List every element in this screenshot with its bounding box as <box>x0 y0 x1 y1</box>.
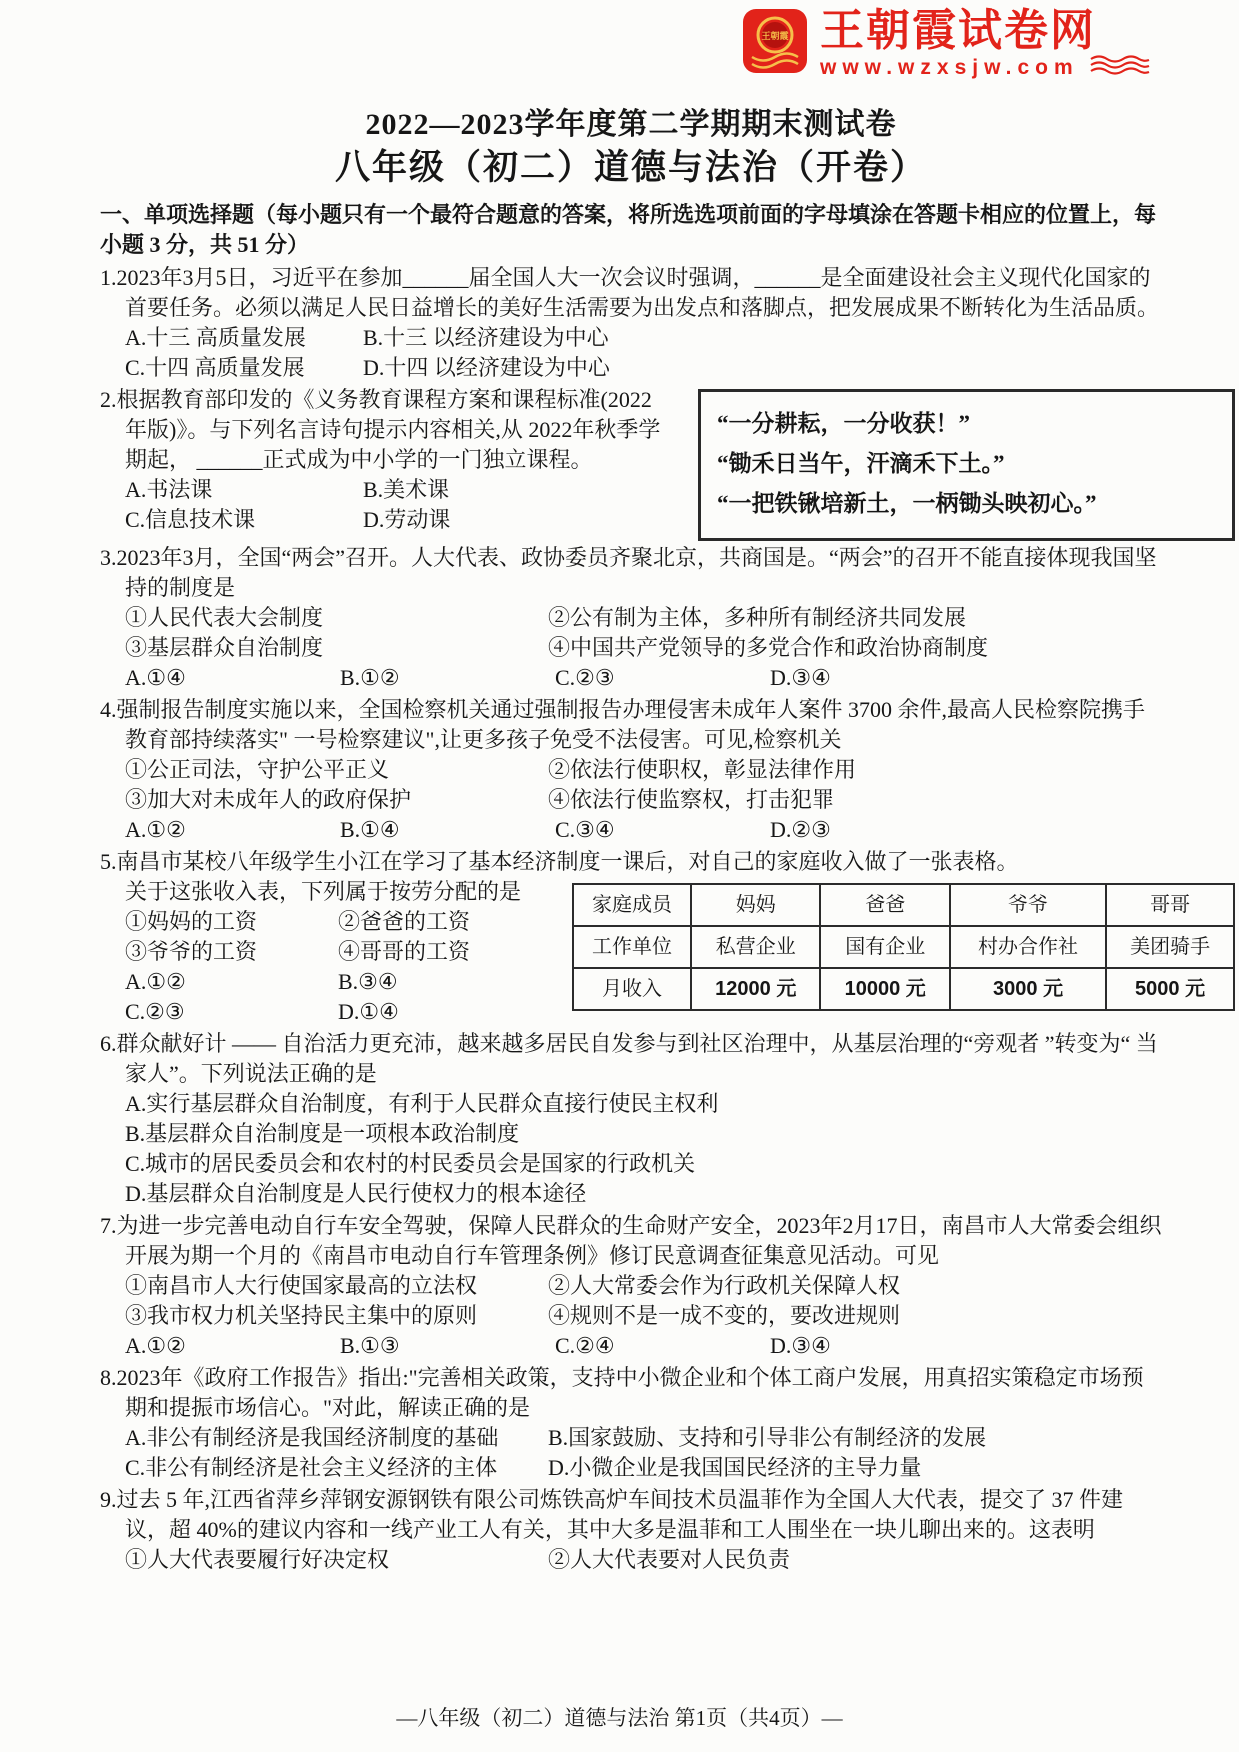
q7-answer-c: C.②④ <box>555 1331 770 1361</box>
q3-item-1: ①人民代表大会制度 <box>125 603 548 633</box>
q4-item-3: ③加大对未成年人的政府保护 <box>125 785 548 815</box>
q7-item-1: ①南昌市人大行使国家最高的立法权 <box>125 1271 548 1301</box>
income-table-cell: 妈妈 <box>691 884 820 926</box>
section-instructions: 一、单项选择题（每小题只有一个最符合题意的答案，将所选选项前面的字母填涂在答题卡… <box>100 200 1162 260</box>
question-9-items: ①人大代表要履行好决定权②人大代表要对人民负责 <box>100 1545 1162 1575</box>
question-3-answers: A.①④B.①②C.②③D.③④ <box>100 663 1162 693</box>
question-5-answers-cd: C.②③D.①④ <box>125 997 572 1027</box>
income-table-cell: 工作单位 <box>573 926 691 968</box>
q3-answer-a: A.①④ <box>125 663 340 693</box>
q4-answer-b: B.①④ <box>340 815 555 845</box>
exam-title: 2022—2023学年度第二学期期末测试卷 <box>100 106 1162 144</box>
wave-lines-icon <box>1089 55 1151 80</box>
question-5-stem: 5.南昌市某校八年级学生小江在学习了基本经济制度一课后，对自己的家庭收入做了一张… <box>100 847 1162 877</box>
question-8-options-ab: A.非公有制经济是我国经济制度的基础B.国家鼓励、支持和引导非公有制经济的发展 <box>100 1423 1162 1453</box>
question-6-stem: 6.群众献好计 —— 自治活力更充沛，越来越多居民自发参与到社区治理中，从基层治… <box>100 1029 1162 1089</box>
q7-answer-d: D.③④ <box>770 1333 831 1358</box>
income-table-cell: 村办合作社 <box>950 926 1106 968</box>
income-table-cell: 5000 元 <box>1106 968 1234 1010</box>
q3-answer-c: C.②③ <box>555 663 770 693</box>
q3-answer-d: D.③④ <box>770 665 831 690</box>
income-table-cell: 爸爸 <box>820 884 949 926</box>
question-1-options-ab: A.十三 高质量发展B.十三 以经济建设为中心 <box>100 323 1162 353</box>
question-3-items-12: ①人民代表大会制度②公有制为主体，多种所有制经济共同发展 <box>100 603 1162 633</box>
page-footer: —八年级（初二）道德与法治 第1页（共4页）— <box>0 1702 1239 1732</box>
q8-option-a: A.非公有制经济是我国经济制度的基础 <box>125 1423 548 1453</box>
q6-option-c: C.城市的居民委员会和农村的村民委员会是国家的行政机关 <box>100 1149 1162 1179</box>
q2-option-b: B.美术课 <box>363 477 449 502</box>
question-1-stem: 1.2023年3月5日，习近平在参加______届全国人大一次会议时强调，___… <box>100 263 1162 323</box>
quote-line-2: “锄禾日当午，汗滴禾下土。” <box>717 444 1216 484</box>
income-table-cell: 私营企业 <box>691 926 820 968</box>
question-5-left: 关于这张收入表，下列属于按劳分配的是 ①妈妈的工资②爸爸的工资 ③爷爷的工资④哥… <box>100 877 572 1027</box>
q4-answer-c: C.③④ <box>555 815 770 845</box>
income-table-cell: 美团骑手 <box>1106 926 1234 968</box>
q6-option-a: A.实行基层群众自治制度，有利于人民群众直接行使民主权利 <box>100 1089 1162 1119</box>
question-2-left: 2.根据教育部印发的《义务教育课程方案和课程标准(2022年版)》。与下列名言诗… <box>100 383 668 541</box>
q4-answer-a: A.①② <box>125 815 340 845</box>
question-2-options-ab: A.书法课B.美术课 <box>100 475 668 505</box>
question-4-stem: 4.强制报告制度实施以来，全国检察机关通过强制报告办理侵害未成年人案件 3700… <box>100 695 1162 755</box>
q4-answer-d: D.②③ <box>770 817 831 842</box>
income-table: 家庭成员 妈妈 爸爸 爷爷 哥哥 工作单位 私营企业 国有企业 村办合作社 美团… <box>572 883 1235 1011</box>
question-5-block: 关于这张收入表，下列属于按劳分配的是 ①妈妈的工资②爸爸的工资 ③爷爷的工资④哥… <box>100 877 1235 1027</box>
q4-item-2: ②依法行使职权，彰显法律作用 <box>548 757 856 782</box>
question-7-items-34: ③我市权力机关坚持民主集中的原则④规则不是一成不变的，要改进规则 <box>100 1301 1162 1331</box>
site-name: 王朝霞试卷网 <box>820 8 1151 54</box>
q5-answer-a: A.①② <box>125 967 338 997</box>
q7-item-3: ③我市权力机关坚持民主集中的原则 <box>125 1301 548 1331</box>
income-table-cell: 国有企业 <box>820 926 949 968</box>
question-2-options-cd: C.信息技术课D.劳动课 <box>100 505 668 535</box>
income-table-cell: 爷爷 <box>950 884 1106 926</box>
q1-option-d: D.十四 以经济建设为中心 <box>363 355 610 380</box>
question-4-items-12: ①公正司法，守护公平正义②依法行使职权，彰显法律作用 <box>100 755 1162 785</box>
exam-subtitle: 八年级（初二）道德与法治（开卷） <box>100 144 1162 192</box>
q8-option-c: C.非公有制经济是社会主义经济的主体 <box>125 1453 548 1483</box>
q9-item-1: ①人大代表要履行好决定权 <box>125 1545 548 1575</box>
q2-option-a: A.书法课 <box>125 475 363 505</box>
income-table-cell: 家庭成员 <box>573 884 691 926</box>
q5-answer-c: C.②③ <box>125 997 338 1027</box>
q4-item-4: ④依法行使监察权，打击犯罪 <box>548 787 834 812</box>
q1-option-a: A.十三 高质量发展 <box>125 323 363 353</box>
q2-option-c: C.信息技术课 <box>125 505 363 535</box>
q5-item-3: ③爷爷的工资 <box>125 937 338 967</box>
q5-answer-b: B.③④ <box>338 969 398 994</box>
site-url: www.wzxsjw.com <box>820 56 1079 80</box>
quote-box: “一分耕耘，一分收获！” “锄禾日当午，汗滴禾下土。” “一把铁锹培新土，一柄锄… <box>698 389 1235 541</box>
question-1-options-cd: C.十四 高质量发展D.十四 以经济建设为中心 <box>100 353 1162 383</box>
question-4-answers: A.①②B.①④C.③④D.②③ <box>100 815 1162 845</box>
quote-line-1: “一分耕耘，一分收获！” <box>717 404 1216 444</box>
site-logo-icon: 王朝霞 <box>742 8 808 79</box>
income-table-cell: 10000 元 <box>820 968 949 1010</box>
q1-option-c: C.十四 高质量发展 <box>125 353 363 383</box>
income-table-cell: 12000 元 <box>691 968 820 1010</box>
q9-item-2: ②人大代表要对人民负责 <box>548 1547 790 1572</box>
site-logo: 王朝霞 王朝霞试卷网 www.wzxsjw.com <box>742 8 1151 80</box>
question-8-stem: 8.2023年《政府工作报告》指出:"完善相关政策，支持中小微企业和个体工商户发… <box>100 1363 1162 1423</box>
question-8-options-cd: C.非公有制经济是社会主义经济的主体D.小微企业是我国国民经济的主导力量 <box>100 1453 1162 1483</box>
q8-option-b: B.国家鼓励、支持和引导非公有制经济的发展 <box>548 1425 986 1450</box>
section-instructions-text: （每小题只有一个最符合题意的答案，将所选选项前面的字母填涂在答题卡相应的位置上，… <box>100 202 1156 257</box>
question-2-stem: 2.根据教育部印发的《义务教育课程方案和课程标准(2022年版)》。与下列名言诗… <box>100 385 668 475</box>
question-5-items-34: ③爷爷的工资④哥哥的工资 <box>125 937 572 967</box>
exam-content: 2022—2023学年度第二学期期末测试卷 八年级（初二）道德与法治（开卷） 一… <box>100 106 1162 1575</box>
income-table-wrap: 家庭成员 妈妈 爸爸 爷爷 哥哥 工作单位 私营企业 国有企业 村办合作社 美团… <box>572 877 1235 1027</box>
income-table-cell: 月收入 <box>573 968 691 1010</box>
q7-answer-a: A.①② <box>125 1331 340 1361</box>
q1-option-b: B.十三 以经济建设为中心 <box>363 325 609 350</box>
quote-line-3: “一把铁锹培新土，一柄锄头映初心。” <box>717 484 1216 524</box>
table-row: 月收入 12000 元 10000 元 3000 元 5000 元 <box>573 968 1234 1010</box>
q7-answer-b: B.①③ <box>340 1331 555 1361</box>
question-5-items-12: ①妈妈的工资②爸爸的工资 <box>125 907 572 937</box>
income-table-cell: 哥哥 <box>1106 884 1234 926</box>
q5-answer-d: D.①④ <box>338 999 399 1024</box>
question-3-stem: 3.2023年3月，全国“两会”召开。人大代表、政协委员齐聚北京，共商国是。“两… <box>100 543 1162 603</box>
q7-item-4: ④规则不是一成不变的，要改进规则 <box>548 1303 900 1328</box>
q3-item-2: ②公有制为主体，多种所有制经济共同发展 <box>548 605 966 630</box>
table-row: 工作单位 私营企业 国有企业 村办合作社 美团骑手 <box>573 926 1234 968</box>
section-label: 一、单项选择题 <box>100 202 254 227</box>
q3-answer-b: B.①② <box>340 663 555 693</box>
q8-option-d: D.小微企业是我国国民经济的主导力量 <box>548 1455 921 1480</box>
q7-item-2: ②人大常委会作为行政机关保障人权 <box>548 1273 900 1298</box>
table-row: 家庭成员 妈妈 爸爸 爷爷 哥哥 <box>573 884 1234 926</box>
q3-item-3: ③基层群众自治制度 <box>125 633 548 663</box>
q4-item-1: ①公正司法，守护公平正义 <box>125 755 548 785</box>
question-7-items-12: ①南昌市人大行使国家最高的立法权②人大常委会作为行政机关保障人权 <box>100 1271 1162 1301</box>
income-table-cell: 3000 元 <box>950 968 1106 1010</box>
question-7-stem: 7.为进一步完善电动自行车安全驾驶，保障人民群众的生命财产安全，2023年2月1… <box>100 1211 1162 1271</box>
question-3-items-34: ③基层群众自治制度④中国共产党领导的多党合作和政治协商制度 <box>100 633 1162 663</box>
site-logo-icon-text: 王朝霞 <box>761 30 788 41</box>
q5-item-2: ②爸爸的工资 <box>338 909 470 934</box>
question-2-block: 2.根据教育部印发的《义务教育课程方案和课程标准(2022年版)》。与下列名言诗… <box>100 383 1235 541</box>
q5-item-4: ④哥哥的工资 <box>338 939 470 964</box>
q6-option-d: D.基层群众自治制度是人民行使权力的根本途径 <box>100 1179 1162 1209</box>
question-9-stem: 9.过去 5 年,江西省萍乡萍钢安源钢铁有限公司炼铁高炉车间技术员温菲作为全国人… <box>100 1485 1162 1545</box>
question-7-answers: A.①②B.①③C.②④D.③④ <box>100 1331 1162 1361</box>
q3-item-4: ④中国共产党领导的多党合作和政治协商制度 <box>548 635 988 660</box>
q2-option-d: D.劳动课 <box>363 507 450 532</box>
q6-option-b: B.基层群众自治制度是一项根本政治制度 <box>100 1119 1162 1149</box>
question-5-stem-2: 关于这张收入表，下列属于按劳分配的是 <box>125 877 572 907</box>
question-4-items-34: ③加大对未成年人的政府保护④依法行使监察权，打击犯罪 <box>100 785 1162 815</box>
q5-item-1: ①妈妈的工资 <box>125 907 338 937</box>
exam-page: 王朝霞 王朝霞试卷网 www.wzxsjw.com 2022—2023学年度 <box>0 0 1239 1752</box>
question-5-answers-ab: A.①②B.③④ <box>125 967 572 997</box>
